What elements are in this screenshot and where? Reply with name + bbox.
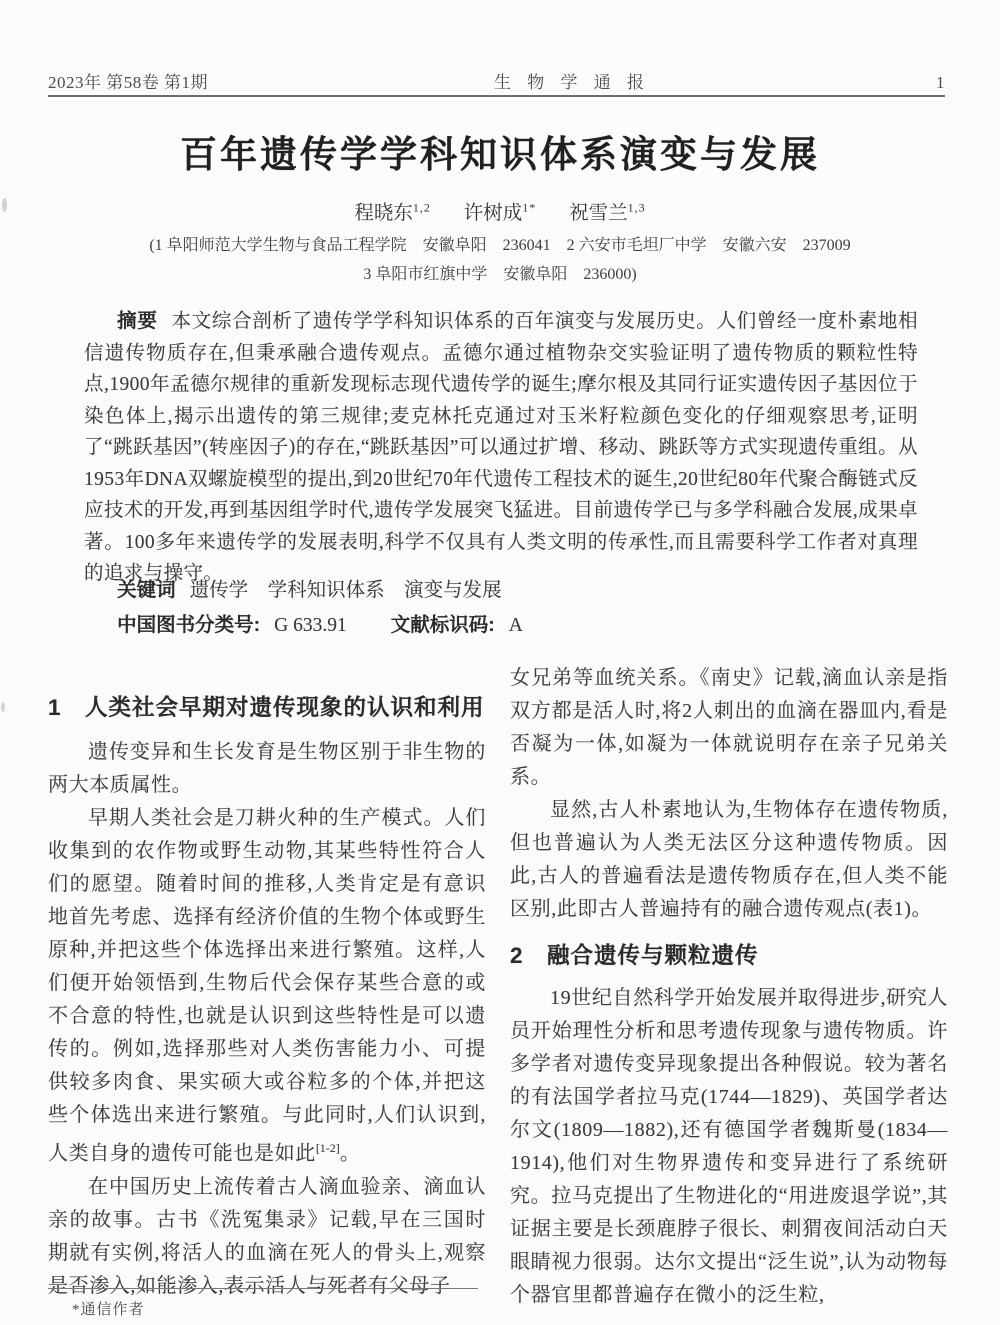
body-paragraph: 19世纪自然科学开始发展并取得进步,研究人员开始理性分析和思考遗传现象与遗传物质…	[510, 982, 948, 1312]
section-heading-2: 2 融合遗传与颗粒遗传	[510, 938, 948, 974]
classification-line: 中国图书分类号:G 633.91文献标识码:A	[84, 609, 918, 637]
body-paragraph: 早期人类社会是刀耕火种的生产模式。人们收集到的农作物或野生动物,其某些特性符合人…	[48, 802, 486, 1171]
abstract-block: 摘要本文综合剖析了遗传学学科知识体系的百年演变与发展历史。人们曾经一度朴素地相信…	[84, 306, 918, 590]
section-heading-1: 1 人类社会早期对遗传现象的认识和利用	[48, 690, 486, 726]
left-column: 1 人类社会早期对遗传现象的认识和利用 遗传变异和生长发育是生物区别于非生物的两…	[48, 662, 486, 1312]
author-line: 程晓东1,2 许树成1* 祝雪兰1,3	[0, 197, 1000, 225]
body-columns: 1 人类社会早期对遗传现象的认识和利用 遗传变异和生长发育是生物区别于非生物的两…	[48, 662, 948, 1312]
body-paragraph: 在中国历史上流传着古人滴血验亲、滴血认亲的故事。古书《洗冤集录》记载,早在三国时…	[48, 1171, 486, 1303]
keywords-items: 遗传学 学科知识体系 演变与发展	[190, 580, 502, 601]
body-paragraph: 女兄弟等血统关系。《南史》记载,滴血认亲是指双方都是活人时,将2人刺出的血滴在器…	[510, 662, 948, 794]
affiliations: (1 阜阳师范大学生物与食品工程学院 安徽阜阳 236041 2 六安市毛坦厂中…	[0, 231, 1000, 289]
author-affiliation-marker: 1,3	[628, 201, 646, 215]
author-affiliation-marker: 1*	[522, 201, 536, 215]
clc-value: G 633.91	[274, 615, 347, 636]
header-rule	[48, 95, 945, 97]
clc-label: 中国图书分类号:	[117, 614, 260, 636]
journal-header: 2023年 第58卷 第1期 生 物 学 通 报 1	[48, 68, 945, 93]
corresponding-author-footnote: *通信作者	[48, 1288, 478, 1319]
journal-page: 2023年 第58卷 第1期 生 物 学 通 报 1 百年遗传学学科知识体系演变…	[0, 0, 1000, 1325]
keywords-line: 关键词遗传学 学科知识体系 演变与发展	[84, 574, 918, 602]
scan-artifact	[1, 702, 5, 712]
keywords-label: 关键词	[117, 579, 176, 601]
citation-ref: [1-2]	[316, 1141, 340, 1155]
author: 祝雪兰1,3	[569, 203, 646, 224]
author: 许树成1*	[464, 203, 537, 224]
author-affiliation-marker: 1,2	[413, 201, 431, 215]
doc-code-value: A	[509, 615, 523, 636]
right-column: 女兄弟等血统关系。《南史》记载,滴血认亲是指双方都是活人时,将2人刺出的血滴在器…	[510, 662, 948, 1312]
journal-name: 生 物 学 通 报	[494, 68, 650, 93]
page-number: 1	[936, 73, 945, 93]
abstract-paragraph: 摘要本文综合剖析了遗传学学科知识体系的百年演变与发展历史。人们曾经一度朴素地相信…	[84, 306, 918, 590]
article-title: 百年遗传学学科知识体系演变与发展	[0, 124, 1000, 178]
body-paragraph: 显然,古人朴素地认为,生物体存在遗传物质,但也普遍认为人类无法区分这种遗传物质。…	[510, 794, 948, 926]
doc-code-label: 文献标识码:	[391, 614, 495, 636]
abstract-text: 本文综合剖析了遗传学学科知识体系的百年演变与发展历史。人们曾经一度朴素地相信遗传…	[84, 311, 918, 584]
body-paragraph: 遗传变异和生长发育是生物区别于非生物的两大本质属性。	[48, 736, 486, 802]
issue-info: 2023年 第58卷 第1期	[48, 68, 208, 93]
abstract-label: 摘要	[117, 310, 157, 332]
affiliation-line: 3 阜阳市红旗中学 安徽阜阳 236000)	[0, 260, 1000, 289]
author: 程晓东1,2	[354, 203, 431, 224]
affiliation-line: (1 阜阳师范大学生物与食品工程学院 安徽阜阳 236041 2 六安市毛坦厂中…	[0, 231, 1000, 260]
